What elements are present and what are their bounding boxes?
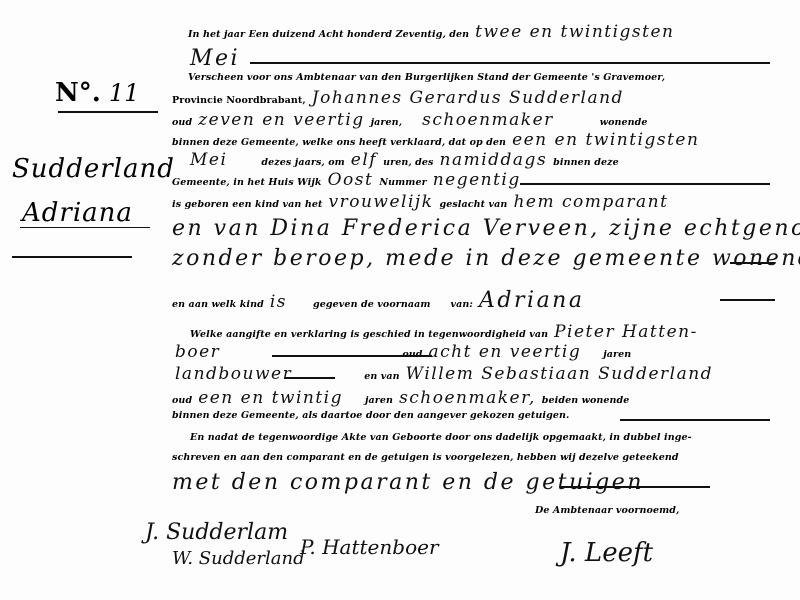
is-handwritten: is [270,292,287,312]
line-11: zonder beroep, mede in deze gemeente won… [172,246,800,271]
appearance-text: Verscheen voor ons Ambtenaar van den Bur… [188,72,665,83]
line-14-rule [272,355,432,357]
father-occupation-handwritten: schoenmaker [422,110,554,130]
birth-certificate-page: N°.11 Sudderland Adriana In het jaar Een… [0,0,800,600]
witness1-age-handwritten: acht en veertig [429,342,582,362]
official-caption: De Ambtenaar voornoemd, [535,505,679,516]
margin-given-name: Adriana [22,198,133,228]
label-oud: oud [172,395,192,406]
line-20-rule [560,486,710,488]
label-dezes-jaars: dezes jaars, om [261,157,344,168]
witness2-age-handwritten: een en twintig [198,388,343,408]
line-13: Welke aangifte en verklaring is geschied… [190,322,698,342]
line-12: en aan welk kind is gegeven de voornaam … [172,288,584,313]
line-16: oud een en twintig jaren schoenmaker, be… [172,388,629,408]
witnesses-text: binnen deze Gemeente, als daartoe door d… [172,410,569,421]
witness1-occupation-handwritten: landbouwer [175,364,292,384]
parent-ref-handwritten: hem comparant [513,192,668,212]
birth-month-handwritten: Mei [190,150,227,170]
record-number-value: 11 [109,79,140,107]
closing-text-1: En nadat de tegenwoordige Akte van Geboo… [190,432,692,443]
mother-name-handwritten: en van Dina Frederica Verveen, zijne ech… [172,216,800,241]
date-day-handwritten: twee en twintigsten [475,22,674,42]
label-geboren: is geboren een kind van het [172,199,322,210]
label-welk-kind: en aan welk kind [172,299,264,310]
line-9: is geboren een kind van het vrouwelijk g… [172,192,668,212]
label-jaren: jaren, [371,117,402,128]
ward-handwritten: Oost [328,170,374,190]
father-age-handwritten: zeven en veertig [198,110,364,130]
record-number: N°.11 [55,78,139,108]
label-geslacht: geslacht van [439,199,507,210]
line-6: binnen deze Gemeente, welke ons heeft ve… [172,130,699,150]
signature-official: J. Leeft [560,538,653,568]
province-text: Provincie Noordbrabant, [172,95,306,106]
label-van: van: [451,299,474,310]
declaration-text: binnen deze Gemeente, welke ons heeft ve… [172,137,506,148]
label-oud: oud [172,117,192,128]
label-uren: uren, des [383,157,433,168]
intro-text: In het jaar Een duizend Acht honderd Zev… [188,29,469,40]
line-14: boer oud acht en veertig jaren [175,342,631,362]
line-4: Provincie Noordbrabant, Johannes Gerardu… [172,88,624,108]
margin-number-underline [58,111,158,113]
label-jaren: jaren [603,349,631,360]
signed-with-handwritten: met den comparant en de getuigen [172,470,644,495]
witness2-occupation-handwritten: schoenmaker, [399,388,536,408]
margin-surname: Sudderland [12,154,175,184]
line-2-rule [250,62,770,64]
line-2: Mei [190,46,240,71]
line-8: Gemeente, in het Huis Wijk Oost Nummer n… [172,170,521,190]
signature-father: J. Sudderlam [145,520,288,545]
margin-bottom-rule [12,256,132,258]
line-19: schreven en aan den comparant en de getu… [172,452,679,463]
witness2-name-handwritten: Willem Sebastiaan Sudderland [406,364,713,384]
label-en-van: en van [364,371,399,382]
label-nummer: Nummer [379,177,426,188]
birth-day-handwritten: een en twintigsten [512,130,699,150]
sex-handwritten: vrouwelijk [328,192,433,212]
mother-occupation-handwritten: zonder beroep, mede in deze gemeente won… [172,246,800,271]
line-20: met den comparant en de getuigen [172,470,644,495]
father-name-handwritten: Johannes Gerardus Sudderland [312,88,624,108]
line-10: en van Dina Frederica Verveen, zijne ech… [172,216,800,241]
birth-hour-handwritten: elf [351,150,377,170]
line-15-rule [285,377,335,379]
line-7: Mei dezes jaars, om elf uren, des namidd… [190,150,619,170]
line-17: binnen deze Gemeente, als daartoe door d… [172,410,569,421]
witness1-name-handwritten: Pieter Hatten- [554,322,698,342]
line-12-rule [720,299,775,301]
line-8-rule [520,183,770,185]
birth-daypart-handwritten: namiddags [440,150,548,170]
line-3: Verscheen voor ons Ambtenaar van den Bur… [188,72,665,83]
label-huis-wijk: Gemeente, in het Huis Wijk [172,177,322,188]
signature-witness-1: W. Sudderland [172,548,305,569]
label-voornaam: gegeven de voornaam [313,299,431,310]
label-wonende: wonende [600,117,648,128]
line-5: oud zeven en veertig jaren, schoenmaker … [172,110,648,130]
signature-witness-2: P. Hattenboer [300,535,439,559]
label-binnen-deze: binnen deze [553,157,619,168]
line-18: En nadat de tegenwoordige Akte van Geboo… [190,432,692,443]
child-name-handwritten: Adriana [479,288,584,313]
label-beiden-wonende: beiden wonende [542,395,630,406]
date-month-handwritten: Mei [190,46,240,71]
margin-name-underline [20,227,150,228]
closing-text-2: schreven en aan den comparant en de getu… [172,452,679,463]
witness-intro-text: Welke aangifte en verklaring is geschied… [190,329,548,340]
label-jaren: jaren [365,395,393,406]
line-11-rule [730,262,775,264]
line-1: In het jaar Een duizend Acht honderd Zev… [188,22,674,42]
house-number-handwritten: negentig [433,170,521,190]
line-15: landbouwer en van Willem Sebastiaan Sudd… [175,364,713,384]
record-number-prefix: N°. [55,78,101,108]
line-17-rule [620,419,770,421]
witness1-name-cont-handwritten: boer [175,342,220,362]
